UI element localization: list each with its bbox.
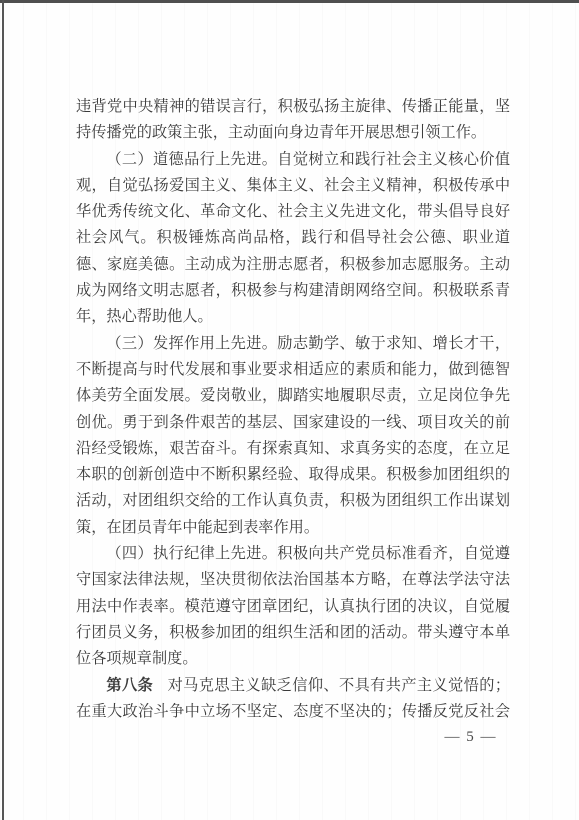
text-line-clause-4-start: （四）执行纪律上先进。积极向共产党员标准看齐，自觉遵: [76, 541, 510, 567]
text-line: 不断提高与时代发展和事业要求相适应的素质和能力，做到德智: [76, 357, 510, 383]
text-line: 华优秀传统文化、革命文化、社会主义先进文化，带头倡导良好: [76, 199, 510, 225]
text-line: 位各项规章制度。: [76, 646, 510, 672]
text-line: 观，自觉弘扬爱国主义、集体主义、社会主义精神，积极传承中: [76, 173, 510, 199]
article-8-heading: 第八条: [106, 677, 153, 694]
text-line: 创优。勇于到条件艰苦的基层、国家建设的一线、项目攻关的前: [76, 410, 510, 436]
text-line: 活动，对团组织交给的工作认真负责，积极为团组织工作出谋划: [76, 488, 510, 514]
text-line-article-8-start: 第八条对马克思主义缺乏信仰、不具有共产主义觉悟的；: [76, 673, 510, 699]
scanned-document-page: 违背党中央精神的错误言行，积极弘扬主旋律、传播正能量，坚 持传播党的政策主张，主…: [0, 0, 579, 820]
text-line: 用法中作表率。模范遵守团章团纪，认真执行团的决议，自觉履: [76, 594, 510, 620]
scan-edge-top: [0, 0, 579, 3]
scan-edge-left: [2, 0, 4, 820]
text-line-clause-2-start: （二）道德品行上先进。自觉树立和践行社会主义核心价值: [76, 147, 510, 173]
text-line: 在重大政治斗争中立场不坚定、态度不坚决的；传播反党反社会: [76, 699, 510, 725]
text-line: 社会风气。积极锤炼高尚品格，践行和倡导社会公德、职业道: [76, 225, 510, 251]
text-line: 违背党中央精神的错误言行，积极弘扬主旋律、传播正能量，坚: [76, 94, 510, 120]
text-line: 策，在团员青年中能起到表率作用。: [76, 515, 510, 541]
text-line: 持传播党的政策主张，主动面向身边青年开展思想引领工作。: [76, 120, 510, 146]
text-line: 本职的创新创造中不断积累经验、取得成果。积极参加团组织的: [76, 462, 510, 488]
text-line: 德、家庭美德。主动成为注册志愿者，积极参加志愿服务。主动: [76, 252, 510, 278]
text-line: 成为网络文明志愿者，积极参与构建清朗网络空间。积极联系青: [76, 278, 510, 304]
text-line: 沿经受锻炼，艰苦奋斗。有探索真知、求真务实的态度，在立足: [76, 436, 510, 462]
text-line: 体美劳全面发展。爱岗敬业，脚踏实地履职尽责，立足岗位争先: [76, 383, 510, 409]
text-line: 守国家法律法规，坚决贯彻依法治国基本方略，在尊法学法守法: [76, 567, 510, 593]
text-line: 行团员义务，积极参加团的组织生活和团的活动。带头遵守本单: [76, 620, 510, 646]
document-body: 违背党中央精神的错误言行，积极弘扬主旋律、传播正能量，坚 持传播党的政策主张，主…: [76, 94, 510, 725]
text-line: 年，热心帮助他人。: [76, 304, 510, 330]
text-line-clause-3-start: （三）发挥作用上先进。励志勤学、敏于求知、增长才干，: [76, 331, 510, 357]
article-8-body: 对马克思主义缺乏信仰、不具有共产主义觉悟的；: [168, 677, 510, 694]
page-number: — 5 —: [445, 727, 498, 747]
